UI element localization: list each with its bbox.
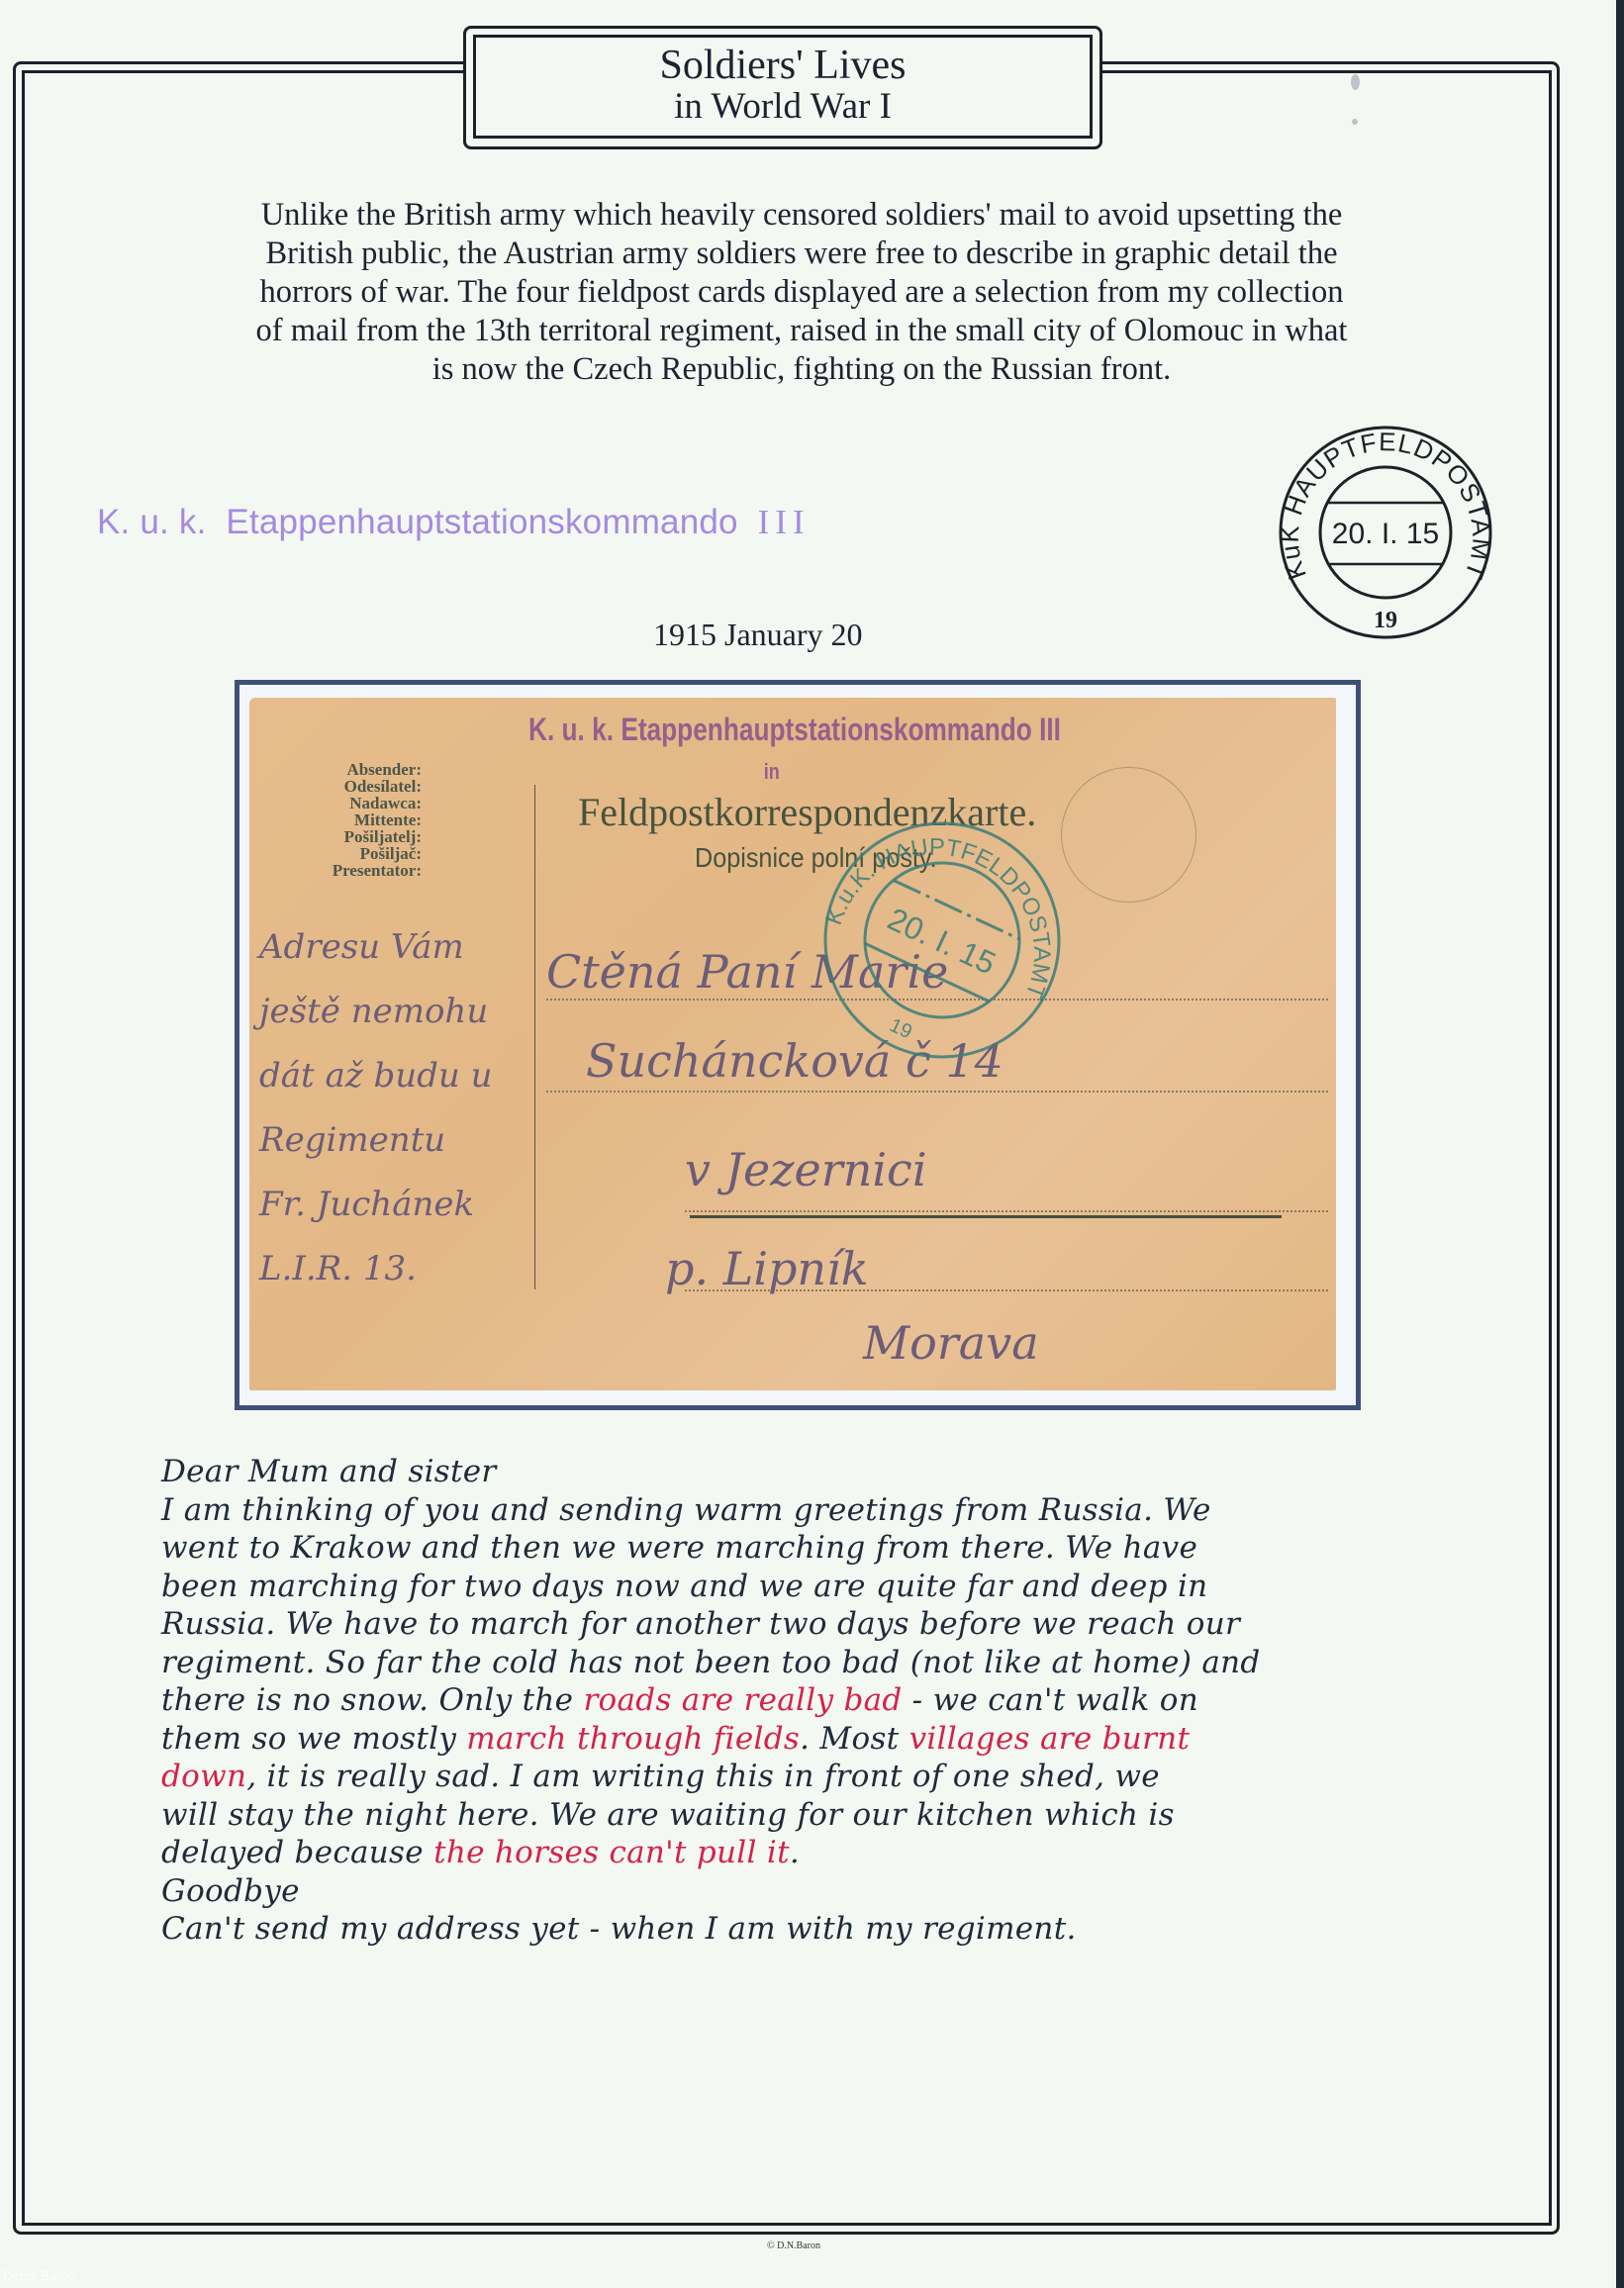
letter-line: delayed because the horses can't pull it… (161, 1834, 1448, 1872)
intro-paragraph: Unlike the British army which heavily ce… (109, 196, 1494, 389)
address-line (546, 1091, 1328, 1093)
unit-stamp-roman: III (758, 503, 811, 541)
letter-line: Can't send my address yet - when I am wi… (161, 1910, 1448, 1949)
letter-line: them so we mostly march through fields. … (161, 1720, 1448, 1759)
address-line (685, 1210, 1328, 1212)
letter-text: been marching for two days now and we ar… (161, 1569, 1207, 1604)
unit-stamp-text: K. u. k. Etappenhauptstationskommando (97, 503, 738, 541)
letter-line: Dear Mum and sister (161, 1453, 1448, 1491)
postmark-replica-icon: KuK HAUPTFELDPOSTAMT 20. I. 15 19 (1277, 426, 1494, 643)
intro-line: Unlike the British army which heavily ce… (109, 196, 1494, 235)
card-postmark-icon: K.u.K. HAUPTFELDPOSTAMT 20. I. 15 19 (813, 811, 1071, 1069)
page-title: Soldiers' Lives (476, 44, 1090, 87)
card-divider (534, 785, 535, 1289)
letter-text: delayed because (161, 1835, 433, 1870)
intro-line: British public, the Austrian army soldie… (109, 235, 1494, 273)
card-date-label: 1915 January 20 (653, 617, 863, 653)
letter-text: . Most (800, 1721, 908, 1757)
svg-text:19: 19 (1374, 608, 1397, 633)
unit-stamp-replica: K. u. k. Etappenhauptstationskommando II… (97, 503, 811, 542)
letter-line: been marching for two days now and we ar… (161, 1568, 1448, 1606)
page-subtitle: in World War I (476, 87, 1090, 127)
smudge-mark (1351, 74, 1360, 90)
intro-line: of mail from the 13th territoral regimen… (109, 312, 1494, 350)
letter-line: will stay the night here. We are waiting… (161, 1796, 1448, 1835)
sender-handwriting: Adresu Vám ještě nemohu dát až budu u Re… (259, 915, 493, 1301)
scan-edge (1616, 0, 1624, 2288)
svg-text:19: 19 (886, 1014, 914, 1043)
svg-text:20. I. 15: 20. I. 15 (1332, 518, 1439, 550)
faint-circle-mark (1061, 767, 1196, 903)
letter-line: went to Krakow and then we were marching… (161, 1529, 1448, 1568)
letter-highlight: villages are burnt (909, 1721, 1191, 1757)
letter-highlight: the horses can't pull it (433, 1835, 790, 1870)
letter-line: there is no snow. Only the roads are rea… (161, 1681, 1448, 1720)
letter-text: - we can't walk on (903, 1682, 1198, 1718)
letter-highlight: roads are really bad (583, 1682, 902, 1718)
letter-line: I am thinking of you and sending warm gr… (161, 1491, 1448, 1530)
letter-text: I am thinking of you and sending warm gr… (161, 1492, 1211, 1528)
postcard-unit-stamp: K. u. k. Etappenhauptstationskommando II… (528, 712, 1061, 748)
letter-text: there is no snow. Only the (161, 1682, 583, 1718)
letter-text: will stay the night here. We are waiting… (161, 1797, 1175, 1833)
postcard: K. u. k. Etappenhauptstationskommando II… (249, 698, 1336, 1390)
letter-text: Dear Mum and sister (161, 1454, 497, 1489)
smudge-mark (1352, 119, 1358, 125)
sender-labels: Absender: Odesílatel: Nadawca: Mittente:… (253, 761, 422, 879)
svg-text:KuK HAUPTFELDPOSTAMT: KuK HAUPTFELDPOSTAMT (1277, 427, 1494, 584)
letter-text: . (790, 1835, 800, 1870)
letter-translation: Dear Mum and sisterI am thinking of you … (161, 1453, 1448, 1949)
letter-text: regiment. So far the cold has not been t… (161, 1645, 1261, 1680)
letter-text: Goodbye (161, 1873, 300, 1909)
letter-text: went to Krakow and then we were marching… (161, 1530, 1197, 1566)
letter-line: Russia. We have to march for another two… (161, 1605, 1448, 1644)
watermark: Derek Baron (3, 2268, 75, 2283)
letter-highlight: down (161, 1759, 246, 1794)
copyright: © D.N.Baron (767, 2240, 820, 2251)
address-underline (690, 1215, 1282, 1218)
title-box: Soldiers' Lives in World War I (473, 35, 1093, 139)
letter-text: , it is really sad. I am writing this in… (246, 1759, 1160, 1794)
letter-line: regiment. So far the cold has not been t… (161, 1644, 1448, 1682)
letter-line: Goodbye (161, 1872, 1448, 1911)
svg-text:20. I. 15: 20. I. 15 (883, 901, 1002, 981)
letter-line: down, it is really sad. I am writing thi… (161, 1758, 1448, 1796)
letter-text: Russia. We have to march for another two… (161, 1606, 1240, 1642)
address-town: v Jezernici (685, 1143, 927, 1196)
address-post: p. Lipník (665, 1242, 869, 1295)
intro-line: is now the Czech Republic, fighting on t… (109, 350, 1494, 389)
letter-text: them so we mostly (161, 1721, 466, 1757)
letter-text: Can't send my address yet - when I am wi… (161, 1911, 1077, 1947)
letter-highlight: march through fields (466, 1721, 800, 1757)
postcard-stamp-in: in (764, 759, 780, 785)
address-region: Morava (863, 1316, 1039, 1370)
intro-line: horrors of war. The four fieldpost cards… (109, 273, 1494, 312)
svg-text:K.u.K. HAUPTFELDPOSTAMT: K.u.K. HAUPTFELDPOSTAMT (819, 811, 1071, 1020)
